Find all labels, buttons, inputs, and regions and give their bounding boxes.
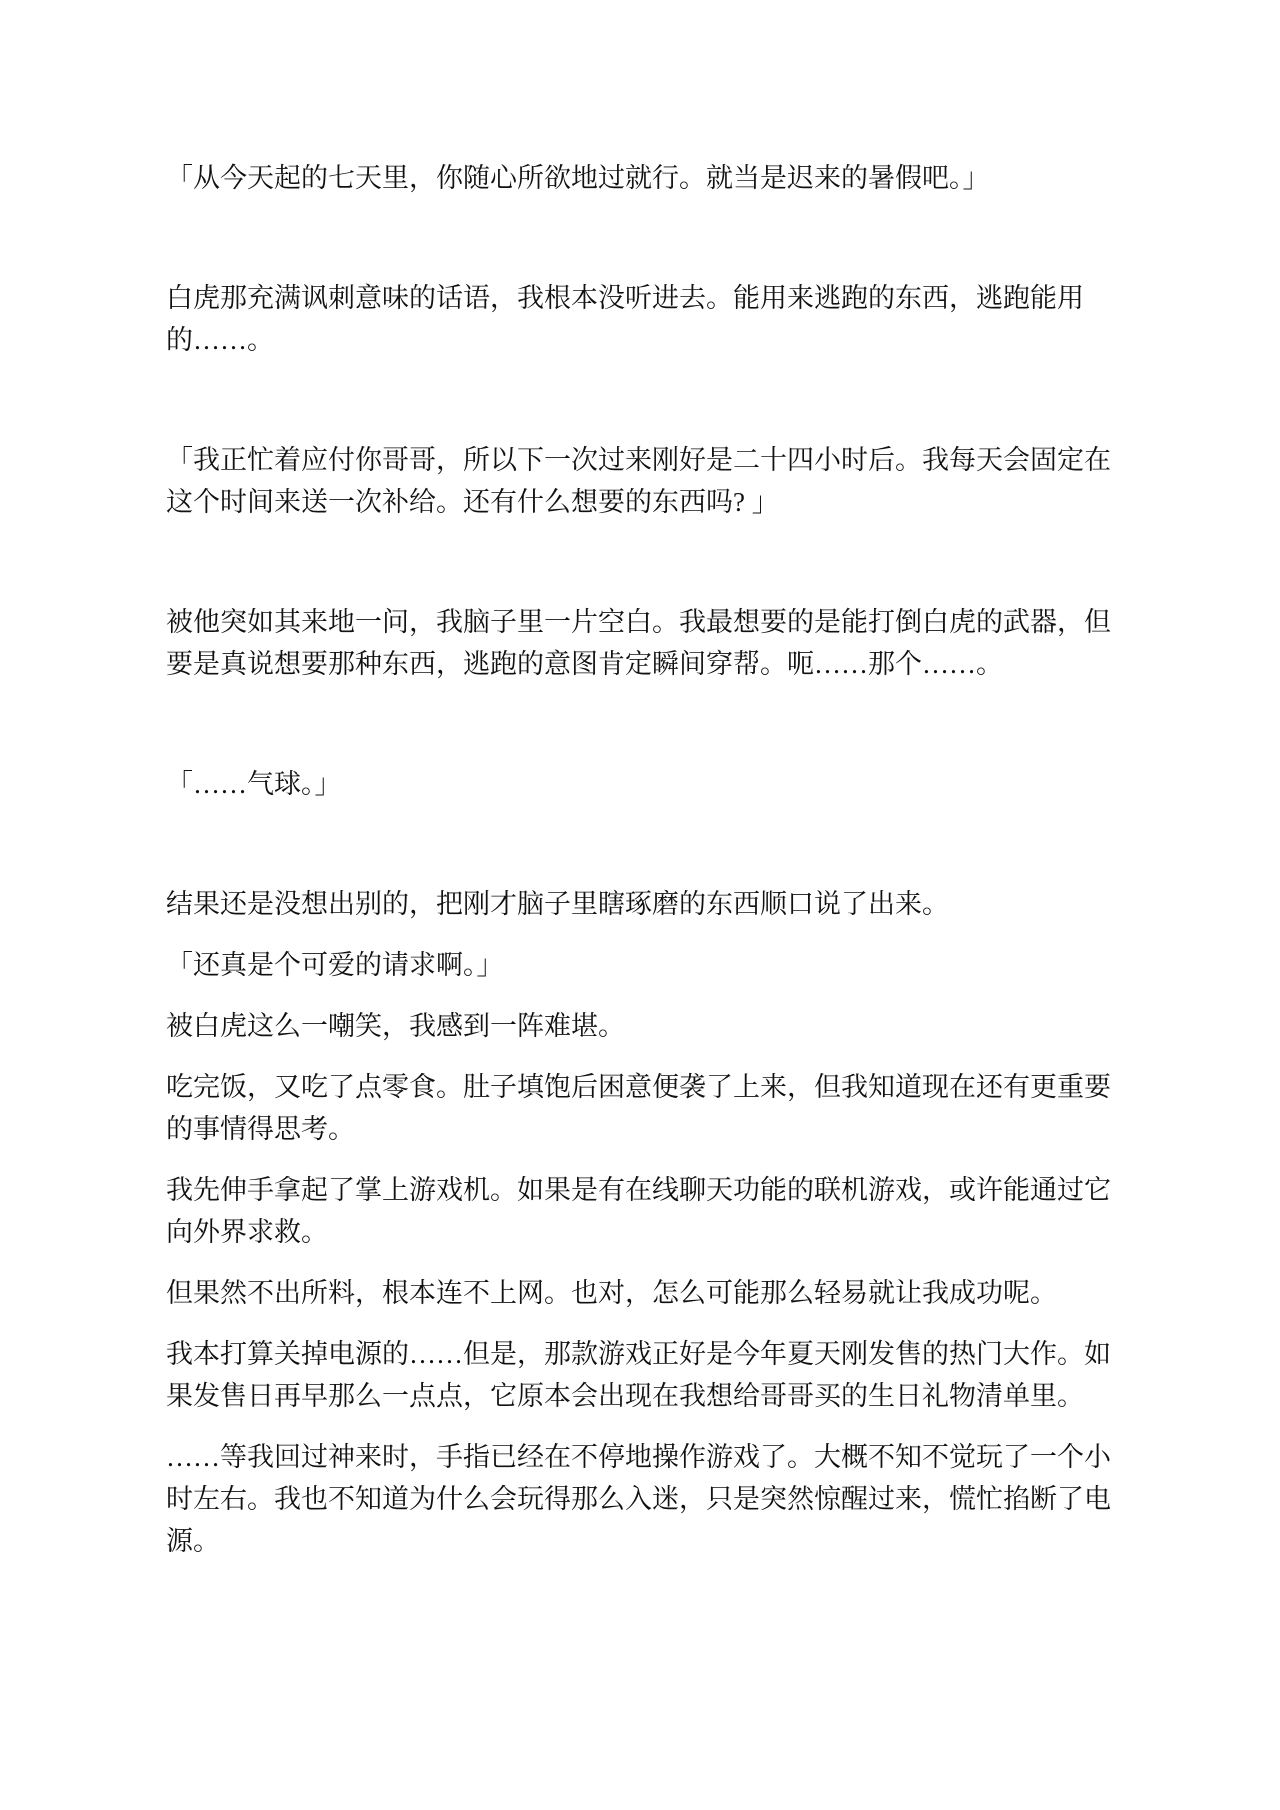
paragraph: 「我正忙着应付你哥哥，所以下一次过来刚好是二十四小时后。我每天会固定在这个时间来… — [166, 439, 1116, 523]
paragraph: 「……气球。」 — [166, 763, 1116, 805]
paragraph: 「还真是个可爱的请求啊。」 — [166, 944, 1116, 986]
paragraph: 被他突如其来地一问，我脑子里一片空白。我最想要的是能打倒白虎的武器，但要是真说想… — [166, 601, 1116, 685]
paragraph: 被白虎这么一嘲笑，我感到一阵难堪。 — [166, 1005, 1116, 1047]
paragraph: 结果还是没想出别的，把刚才脑子里瞎琢磨的东西顺口说了出来。 — [166, 883, 1116, 925]
paragraph: 吃完饭，又吃了点零食。肚子填饱后困意便袭了上来，但我知道现在还有更重要的事情得思… — [166, 1066, 1116, 1150]
paragraph: 我本打算关掉电源的……但是，那款游戏正好是今年夏天刚发售的热门大作。如果发售日再… — [166, 1333, 1116, 1417]
paragraph: 但果然不出所料，根本连不上网。也对，怎么可能那么轻易就让我成功呢。 — [166, 1272, 1116, 1314]
paragraph: 「从今天起的七天里，你随心所欲地过就行。就当是迟来的暑假吧。」 — [166, 157, 1116, 199]
paragraph: 白虎那充满讽刺意味的话语，我根本没听进去。能用来逃跑的东西，逃跑能用的……。 — [166, 277, 1116, 361]
paragraph: ……等我回过神来时，手指已经在不停地操作游戏了。大概不知不觉玩了一个小时左右。我… — [166, 1436, 1116, 1562]
document-page: 「从今天起的七天里，你随心所欲地过就行。就当是迟来的暑假吧。」白虎那充满讽刺意味… — [166, 157, 1116, 1562]
paragraph: 我先伸手拿起了掌上游戏机。如果是有在线聊天功能的联机游戏，或许能通过它向外界求救… — [166, 1169, 1116, 1253]
paragraph-list: 「从今天起的七天里，你随心所欲地过就行。就当是迟来的暑假吧。」白虎那充满讽刺意味… — [166, 157, 1116, 1562]
